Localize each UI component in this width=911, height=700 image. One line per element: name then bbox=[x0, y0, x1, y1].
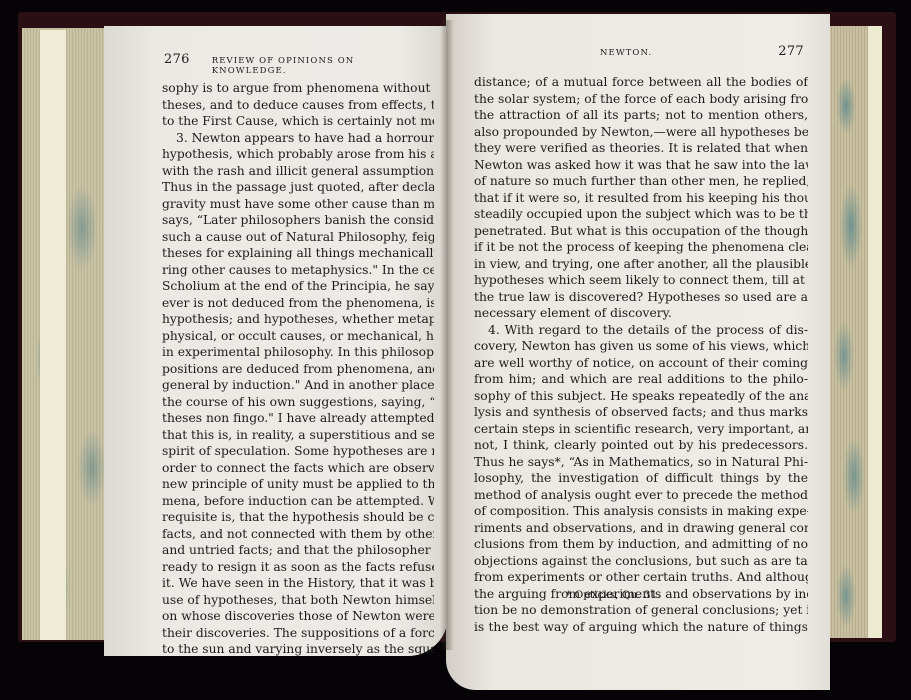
text-line: says, “Later philosophers banish the con… bbox=[162, 212, 434, 229]
text-line: to the First Cause, which is certainly n… bbox=[162, 113, 434, 130]
text-line: of composition. This analysis consists i… bbox=[474, 503, 808, 520]
text-line: order to connect the facts which are obs… bbox=[162, 460, 434, 477]
left-running-head: 276 REVIEW OF OPINIONS ON KNOWLEDGE. bbox=[164, 52, 432, 76]
page-number: 277 bbox=[778, 44, 804, 59]
text-line: facts, and not connected with them by ot… bbox=[162, 526, 434, 543]
text-line: of nature so much further than other men… bbox=[474, 173, 808, 190]
text-line: positions are deduced from phenomena, an… bbox=[162, 361, 434, 378]
text-line: mena, before induction can be attempted.… bbox=[162, 493, 434, 510]
text-line: that this is, in reality, a superstitiou… bbox=[162, 427, 434, 444]
text-line: are well worthy of notice, on account of… bbox=[474, 355, 808, 372]
text-line: ever is not deduced from the phenomena, … bbox=[162, 295, 434, 312]
text-line: 3. Newton appears to have had a horrour … bbox=[162, 130, 434, 147]
text-line: necessary element of discovery. bbox=[474, 305, 808, 322]
text-line: riments and observations, and in drawing… bbox=[474, 520, 808, 537]
book-gutter bbox=[440, 20, 454, 650]
text-line: losophy, the investigation of difficult … bbox=[474, 470, 808, 487]
text-line: Scholium at the end of the Principia, he… bbox=[162, 278, 434, 295]
text-line: the course of his own suggestions, sayin… bbox=[162, 394, 434, 411]
text-line: the solar system; of the force of each b… bbox=[474, 91, 808, 108]
text-line: the true law is discovered? Hypotheses s… bbox=[474, 289, 808, 306]
text-line: Thus in the passage just quoted, after d… bbox=[162, 179, 434, 196]
text-line: certain steps in scientific research, ve… bbox=[474, 421, 808, 438]
text-line: theses, and to deduce causes from effect… bbox=[162, 97, 434, 114]
text-line: not, I think, clearly pointed out by his… bbox=[474, 437, 808, 454]
footnote: * Opticks, Qu. 31. bbox=[566, 589, 661, 601]
text-line: and untried facts; and that the philosop… bbox=[162, 542, 434, 559]
text-line: theses non fingo." I have already attemp… bbox=[162, 410, 434, 427]
text-line: physical, or occult causes, or mechanica… bbox=[162, 328, 434, 345]
text-line: ready to resign it as soon as the facts … bbox=[162, 559, 434, 576]
text-line: from him; and which are real additions t… bbox=[474, 371, 808, 388]
text-line: such a cause out of Natural Philosophy, … bbox=[162, 229, 434, 246]
marbled-page-edge-left bbox=[22, 28, 112, 640]
text-line: sophy of this subject. He speaks repeate… bbox=[474, 388, 808, 405]
text-line: general by induction." And in another pl… bbox=[162, 377, 434, 394]
text-line: in experimental philosophy. In this phil… bbox=[162, 344, 434, 361]
text-line: ring other causes to metaphysics." In th… bbox=[162, 262, 434, 279]
text-line: new principle of unity must be applied t… bbox=[162, 476, 434, 493]
text-line: with the rash and illicit general assump… bbox=[162, 163, 434, 180]
text-line: use of hypotheses, that both Newton hims… bbox=[162, 592, 434, 609]
running-head-title: REVIEW OF OPINIONS ON KNOWLEDGE. bbox=[212, 56, 432, 76]
text-line: hypotheses which seem likely to connect … bbox=[474, 272, 808, 289]
text-line: theses for explaining all things mechani… bbox=[162, 245, 434, 262]
flyleaf-left bbox=[40, 30, 66, 640]
text-line: from experiments or other certain truths… bbox=[474, 569, 808, 586]
text-line: clusions from them by induction, and adm… bbox=[474, 536, 808, 553]
text-line: 4. With regard to the details of the pro… bbox=[474, 322, 808, 339]
text-line: hypothesis; and hypotheses, whether meta… bbox=[162, 311, 434, 328]
page-number: 276 bbox=[164, 52, 190, 67]
text-line: spirit of speculation. Some hypotheses a… bbox=[162, 443, 434, 460]
text-line: to the sun and varying inversely as the … bbox=[162, 641, 434, 658]
text-line: the attraction of all its parts; not to … bbox=[474, 107, 808, 124]
text-line: in view, and trying, one after another, … bbox=[474, 256, 808, 273]
text-line: Thus he says*, “As in Mathematics, so in… bbox=[474, 454, 808, 471]
text-line: sophy is to argue from phenomena without… bbox=[162, 80, 434, 97]
left-page-body: sophy is to argue from phenomena without… bbox=[162, 80, 434, 658]
text-line: tion be no demonstration of general conc… bbox=[474, 602, 808, 619]
text-line: distance; of a mutual force between all … bbox=[474, 74, 808, 91]
text-line: hypothesis, which probably arose from hi… bbox=[162, 146, 434, 163]
text-line: they were verified as theories. It is re… bbox=[474, 140, 808, 157]
text-line: steadily occupied upon the subject which… bbox=[474, 206, 808, 223]
text-line: method of analysis ought ever to precede… bbox=[474, 487, 808, 504]
text-line: their discoveries. The suppositions of a… bbox=[162, 625, 434, 642]
text-line: also propounded by Newton,—were all hypo… bbox=[474, 124, 808, 141]
endpaper-right bbox=[868, 26, 882, 638]
text-line: is the best way of arguing which the nat… bbox=[474, 619, 808, 636]
marbled-page-edge-right bbox=[826, 26, 870, 638]
text-line: covery, Newton has given us some of his … bbox=[474, 338, 808, 355]
right-page: NEWTON. 277 distance; of a mutual force … bbox=[446, 14, 830, 690]
text-line: if it be not the process of keeping the … bbox=[474, 239, 808, 256]
text-line: that if it were so, it resulted from his… bbox=[474, 190, 808, 207]
running-head-title: NEWTON. bbox=[474, 48, 778, 58]
text-line: on whose discoveries those of Newton wer… bbox=[162, 608, 434, 625]
left-page: 276 REVIEW OF OPINIONS ON KNOWLEDGE. sop… bbox=[104, 26, 448, 656]
right-page-body: distance; of a mutual force between all … bbox=[474, 74, 808, 635]
text-line: requisite is, that the hypothesis should… bbox=[162, 509, 434, 526]
text-line: objections against the conclusions, but … bbox=[474, 553, 808, 570]
text-line: it. We have seen in the History, that it… bbox=[162, 575, 434, 592]
right-running-head: NEWTON. 277 bbox=[474, 44, 804, 59]
text-line: penetrated. But what is this occupation … bbox=[474, 223, 808, 240]
text-line: lysis and synthesis of observed facts; a… bbox=[474, 404, 808, 421]
text-line: Newton was asked how it was that he saw … bbox=[474, 157, 808, 174]
text-line: gravity must have some other cause than … bbox=[162, 196, 434, 213]
